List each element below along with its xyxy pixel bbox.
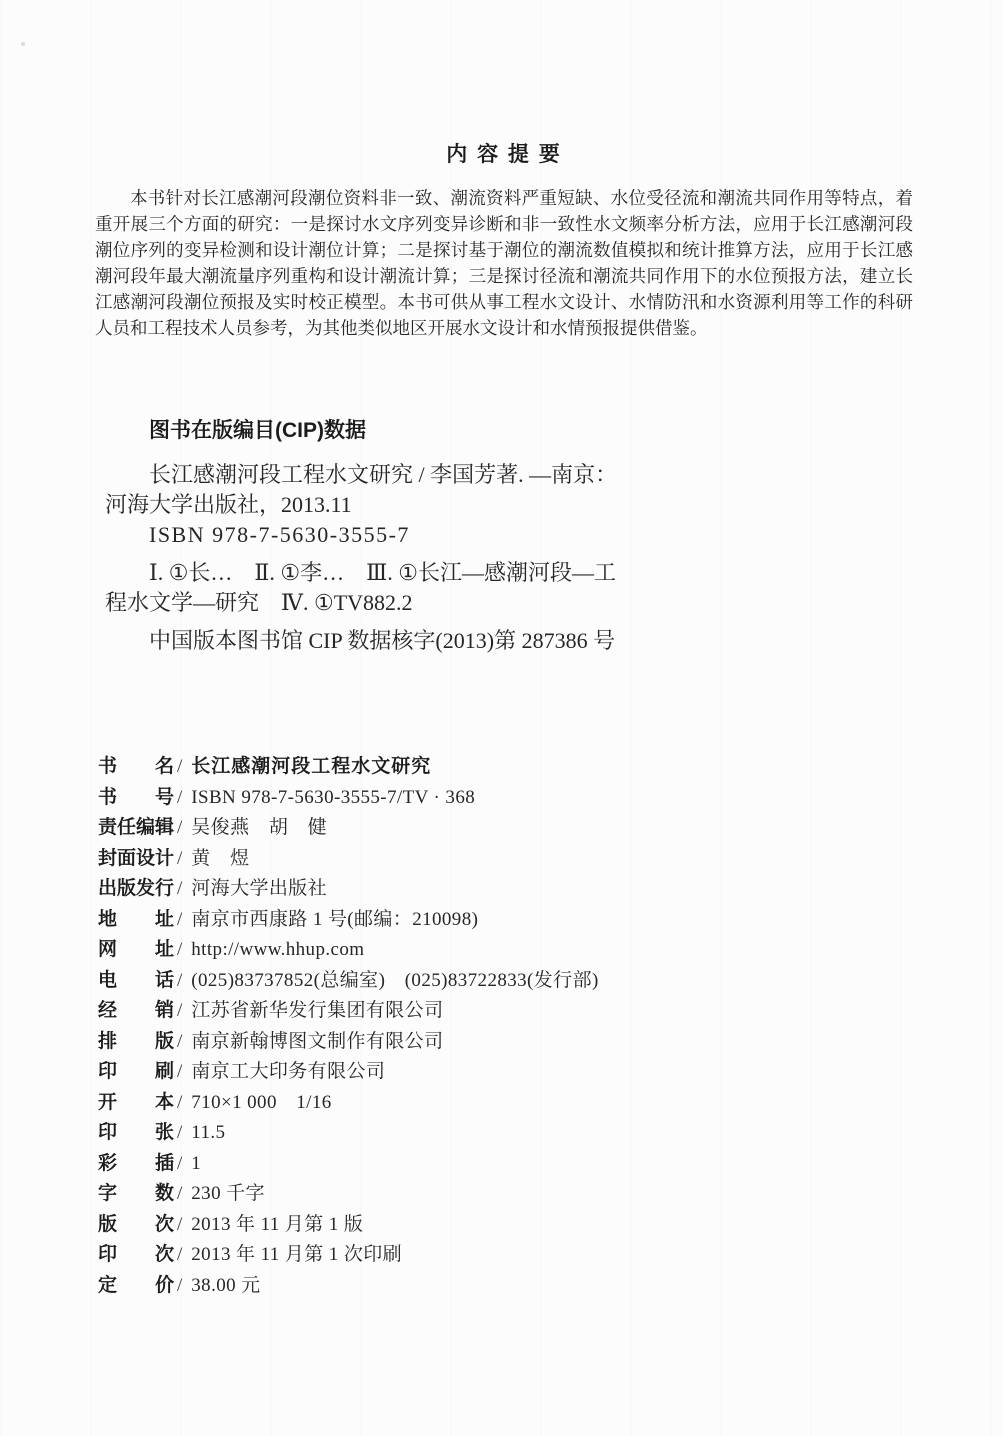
colophon-value: (025)83737852(总编室) (025)83722833(发行部): [191, 966, 598, 997]
slash-separator: /: [177, 783, 182, 814]
slash-separator: /: [177, 1210, 182, 1241]
colophon-label: 排 版: [98, 1027, 177, 1058]
colophon-value: 南京新翰博图文制作有限公司: [191, 1027, 443, 1058]
cip-classification-line1: Ⅰ. ①长… Ⅱ. ①李… Ⅲ. ①长江—感潮河段—工: [105, 558, 905, 588]
colophon-label: 书 号: [98, 783, 177, 814]
colophon-label: 字 数: [98, 1179, 177, 1210]
colophon-row-publisher: 出版发行 / 河海大学出版社: [98, 874, 938, 905]
slash-separator: /: [177, 1271, 182, 1302]
colophon-value: 南京工大印务有限公司: [191, 1057, 385, 1088]
colophon-row-color-inserts: 彩 插 / 1: [98, 1149, 938, 1180]
slash-separator: /: [177, 905, 182, 936]
cip-classification-line2: 程水文学—研究 Ⅳ. ①TV882.2: [105, 588, 905, 618]
colophon-row-book-title: 书 名 / 长江感潮河段工程水文研究: [98, 752, 938, 783]
content-summary-section: 内 容 提 要 本书针对长江感潮河段潮位资料非一致、潮流资料严重短缺、水位受径流…: [95, 138, 913, 341]
colophon-row-printing: 印 刷 / 南京工大印务有限公司: [98, 1057, 938, 1088]
colophon-label: 定 价: [98, 1271, 177, 1302]
colophon-value: 38.00 元: [191, 1271, 260, 1302]
colophon-row-format: 开 本 / 710×1 000 1/16: [98, 1088, 938, 1119]
colophon-value: 黄 煜: [191, 844, 249, 875]
colophon-label: 经 销: [98, 996, 177, 1027]
colophon-label: 责任编辑: [98, 813, 177, 844]
slash-separator: /: [177, 874, 182, 905]
colophon-value: 2013 年 11 月第 1 次印刷: [191, 1240, 402, 1271]
colophon-label: 书 名: [98, 752, 177, 783]
colophon-row-distribution: 经 销 / 江苏省新华发行集团有限公司: [98, 996, 938, 1027]
colophon-row-address: 地 址 / 南京市西康路 1 号(邮编：210098): [98, 905, 938, 936]
colophon-row-cover-design: 封面设计 / 黄 煜: [98, 844, 938, 875]
colophon-label: 版 次: [98, 1210, 177, 1241]
cip-entry-line2: 河海大学出版社，2013.11: [105, 490, 905, 520]
cip-data-section: 图书在版编目(CIP)数据 长江感潮河段工程水文研究 / 李国芳著. —南京： …: [105, 416, 905, 656]
colophon-value: ISBN 978-7-5630-3555-7/TV · 368: [191, 783, 475, 814]
colophon-row-word-count: 字 数 / 230 千字: [98, 1179, 938, 1210]
colophon-value: 吴俊燕 胡 健: [191, 813, 327, 844]
slash-separator: /: [177, 752, 182, 783]
slash-separator: /: [177, 1088, 182, 1119]
book-copyright-page: 内 容 提 要 本书针对长江感潮河段潮位资料非一致、潮流资料严重短缺、水位受径流…: [0, 0, 1003, 1436]
colophon-row-website: 网 址 / http://www.hhup.com: [98, 935, 938, 966]
slash-separator: /: [177, 844, 182, 875]
colophon-value: 2013 年 11 月第 1 版: [191, 1210, 363, 1241]
colophon-row-sheets: 印 张 / 11.5: [98, 1118, 938, 1149]
slash-separator: /: [177, 996, 182, 1027]
colophon-label: 网 址: [98, 935, 177, 966]
colophon-label: 封面设计: [98, 844, 177, 875]
cip-entry-line1: 长江感潮河段工程水文研究 / 李国芳著. —南京：: [105, 460, 905, 490]
cip-isbn-line: ISBN 978-7-5630-3555-7: [105, 520, 905, 550]
slash-separator: /: [177, 1027, 182, 1058]
colophon-label: 开 本: [98, 1088, 177, 1119]
colophon-row-responsible-editor: 责任编辑 / 吴俊燕 胡 健: [98, 813, 938, 844]
colophon-row-edition: 版 次 / 2013 年 11 月第 1 版: [98, 1210, 938, 1241]
colophon-label: 印 次: [98, 1240, 177, 1271]
colophon-row-price: 定 价 / 38.00 元: [98, 1271, 938, 1302]
scan-artifact: [21, 42, 25, 46]
slash-separator: /: [177, 1149, 182, 1180]
slash-separator: /: [177, 935, 182, 966]
colophon-label: 出版发行: [98, 874, 177, 905]
cip-registry-line: 中国版本图书馆 CIP 数据核字(2013)第 287386 号: [105, 626, 905, 656]
colophon-value: 江苏省新华发行集团有限公司: [191, 996, 443, 1027]
colophon-value: 1: [191, 1149, 201, 1180]
colophon-section: 书 名 / 长江感潮河段工程水文研究 书 号 / ISBN 978-7-5630…: [98, 752, 938, 1301]
colophon-value: 长江感潮河段工程水文研究: [191, 752, 431, 783]
colophon-label: 印 张: [98, 1118, 177, 1149]
colophon-label: 彩 插: [98, 1149, 177, 1180]
slash-separator: /: [177, 1240, 182, 1271]
colophon-label: 地 址: [98, 905, 177, 936]
colophon-row-book-number: 书 号 / ISBN 978-7-5630-3555-7/TV · 368: [98, 783, 938, 814]
colophon-row-telephone: 电 话 / (025)83737852(总编室) (025)83722833(发…: [98, 966, 938, 997]
colophon-value: http://www.hhup.com: [191, 935, 364, 966]
colophon-value: 河海大学出版社: [191, 874, 327, 905]
slash-separator: /: [177, 1057, 182, 1088]
summary-title: 内 容 提 要: [95, 138, 913, 168]
slash-separator: /: [177, 813, 182, 844]
colophon-value: 230 千字: [191, 1179, 265, 1210]
slash-separator: /: [177, 966, 182, 997]
slash-separator: /: [177, 1179, 182, 1210]
cip-heading: 图书在版编目(CIP)数据: [105, 416, 905, 446]
colophon-row-typesetting: 排 版 / 南京新翰博图文制作有限公司: [98, 1027, 938, 1058]
summary-paragraph: 本书针对长江感潮河段潮位资料非一致、潮流资料严重短缺、水位受径流和潮流共同作用等…: [95, 185, 913, 341]
colophon-value: 710×1 000 1/16: [191, 1088, 331, 1119]
colophon-value: 南京市西康路 1 号(邮编：210098): [191, 905, 478, 936]
colophon-row-impression: 印 次 / 2013 年 11 月第 1 次印刷: [98, 1240, 938, 1271]
colophon-value: 11.5: [191, 1118, 225, 1149]
slash-separator: /: [177, 1118, 182, 1149]
colophon-label: 印 刷: [98, 1057, 177, 1088]
colophon-label: 电 话: [98, 966, 177, 997]
